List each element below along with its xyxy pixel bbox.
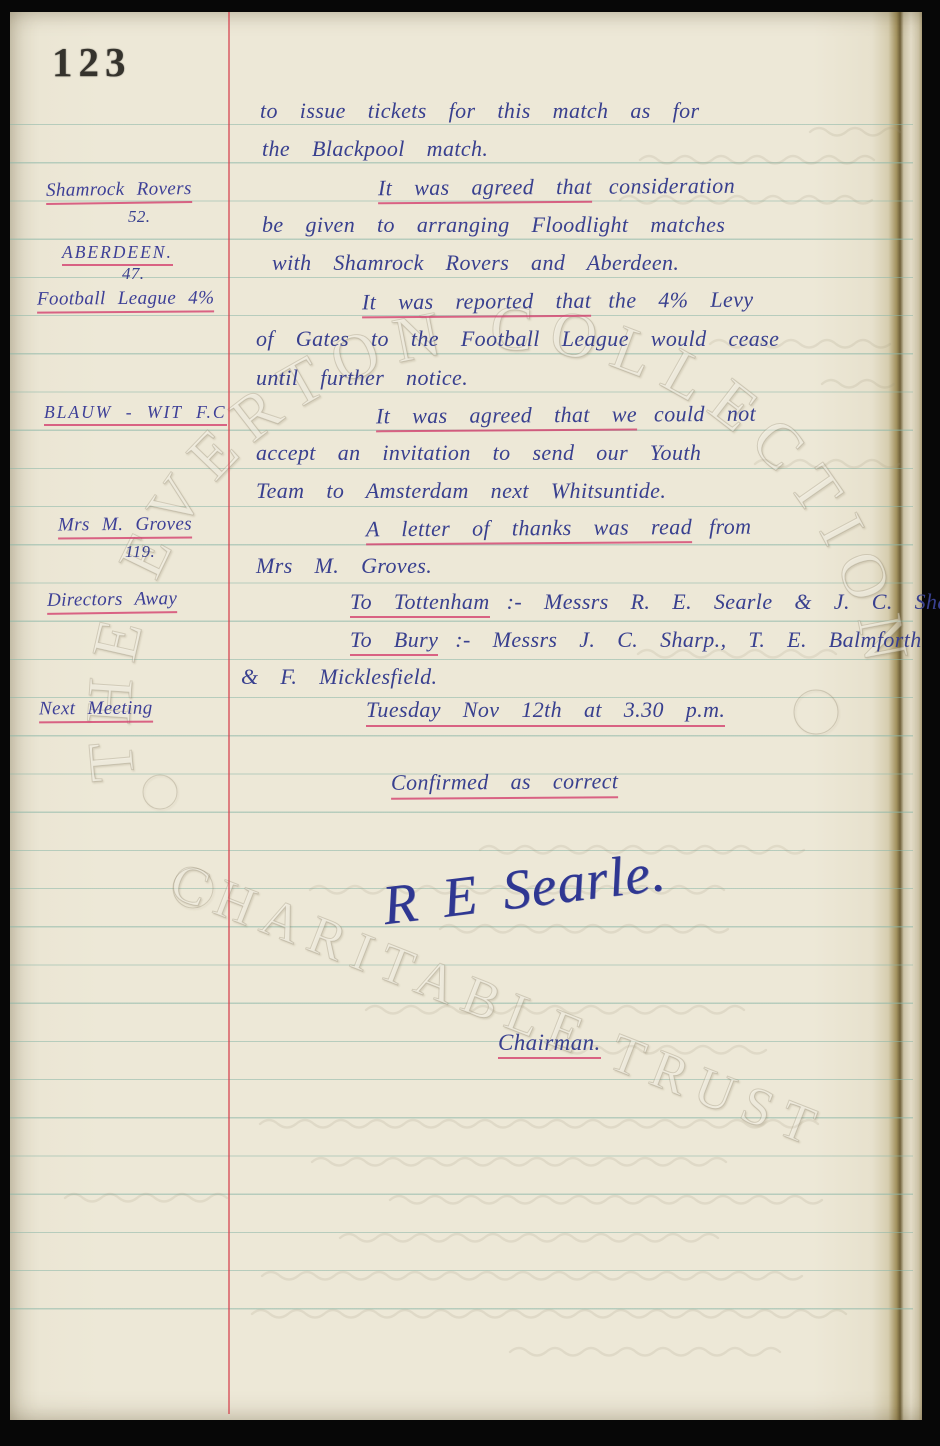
minute-book-page: THE EVERTON COLLECTION CHARITABLE TRUST … <box>10 12 922 1420</box>
minute-line: A letter of thanks was readfrom <box>366 514 752 543</box>
minute-line: It was agreed that wecould not <box>376 401 756 430</box>
margin-note-ref: 47. <box>122 264 144 284</box>
minute-line: to issue tickets for this match as for <box>260 98 699 124</box>
minute-line: accept an invitation to send our Youth <box>256 440 701 466</box>
underlined-phrase: A letter of thanks was read <box>366 514 692 545</box>
minute-line: the Blackpool match. <box>262 136 488 162</box>
underlined-phrase: It was agreed that <box>378 174 592 204</box>
margin-note-label: BLAUW - WIT F.C <box>44 402 227 426</box>
underlined-phrase: It was reported that <box>362 288 592 319</box>
margin-note-label: ABERDEEN. <box>62 242 173 266</box>
margin-note-label: Shamrock Rovers <box>46 178 192 205</box>
margin-note-blauw-wit: BLAUW - WIT F.C <box>44 402 227 423</box>
margin-note-ref: 52. <box>128 207 150 227</box>
minute-line: To Tottenham:- Messrs R. E. Searle & J. … <box>350 589 940 615</box>
minute-line: with Shamrock Rovers and Aberdeen. <box>272 250 679 276</box>
minute-line: of Gates to the Football League would ce… <box>256 326 779 352</box>
margin-note-shamrock-rovers: Shamrock Rovers <box>46 178 192 202</box>
minute-line: Mrs M. Groves. <box>256 553 432 579</box>
chairman-title: Chairman. <box>498 1030 601 1056</box>
next-meeting-line: Tuesday Nov 12th at 3.30 p.m. <box>366 697 725 727</box>
line-text: consideration <box>609 173 735 199</box>
underlined-phrase: To Tottenham <box>350 589 490 618</box>
minute-line: until further notice. <box>256 365 468 391</box>
minute-line: & F. Micklesfield. <box>241 664 437 690</box>
underlined-phrase: To Bury <box>350 627 438 656</box>
line-text: could not <box>654 401 756 427</box>
line-text: :- Messrs J. C. Sharp., T. E. Balmforth <box>455 627 921 652</box>
underlined-phrase: It was agreed that we <box>376 402 637 433</box>
margin-note-mrs-groves: Mrs M. Groves <box>58 514 192 537</box>
line-text: :- Messrs R. E. Searle & J. C. Sharp. <box>507 589 940 614</box>
page-number-stamp: 123 <box>52 38 132 86</box>
margin-note-next-meeting: Next Meeting <box>39 698 153 721</box>
margin-note-aberdeen: ABERDEEN. <box>62 242 173 263</box>
margin-note-directors-away: Directors Away <box>47 588 178 612</box>
margin-rule-line <box>228 12 230 1414</box>
confirmation-line: Confirmed as correct <box>391 768 619 800</box>
margin-note-ref: 119. <box>125 542 155 562</box>
margin-note-label: Mrs M. Groves <box>58 514 192 540</box>
minute-line: To Bury:- Messrs J. C. Sharp., T. E. Bal… <box>350 627 922 653</box>
line-text: from <box>709 514 752 539</box>
margin-note-label: Football League 4% <box>37 287 215 313</box>
minute-line: be given to arranging Floodlight matches <box>262 212 725 238</box>
margin-note-football-league: Football League 4% <box>37 287 215 310</box>
minute-line: It was reported thatthe 4% Levy <box>362 287 754 316</box>
line-text: the 4% Levy <box>608 287 753 313</box>
minute-line: Team to Amsterdam next Whitsuntide. <box>256 478 666 504</box>
margin-note-label: Next Meeting <box>39 698 153 724</box>
minute-line: It was agreed thatconsideration <box>378 173 735 201</box>
chairman-title-text: Chairman. <box>498 1030 601 1059</box>
margin-note-label: Directors Away <box>47 588 178 615</box>
